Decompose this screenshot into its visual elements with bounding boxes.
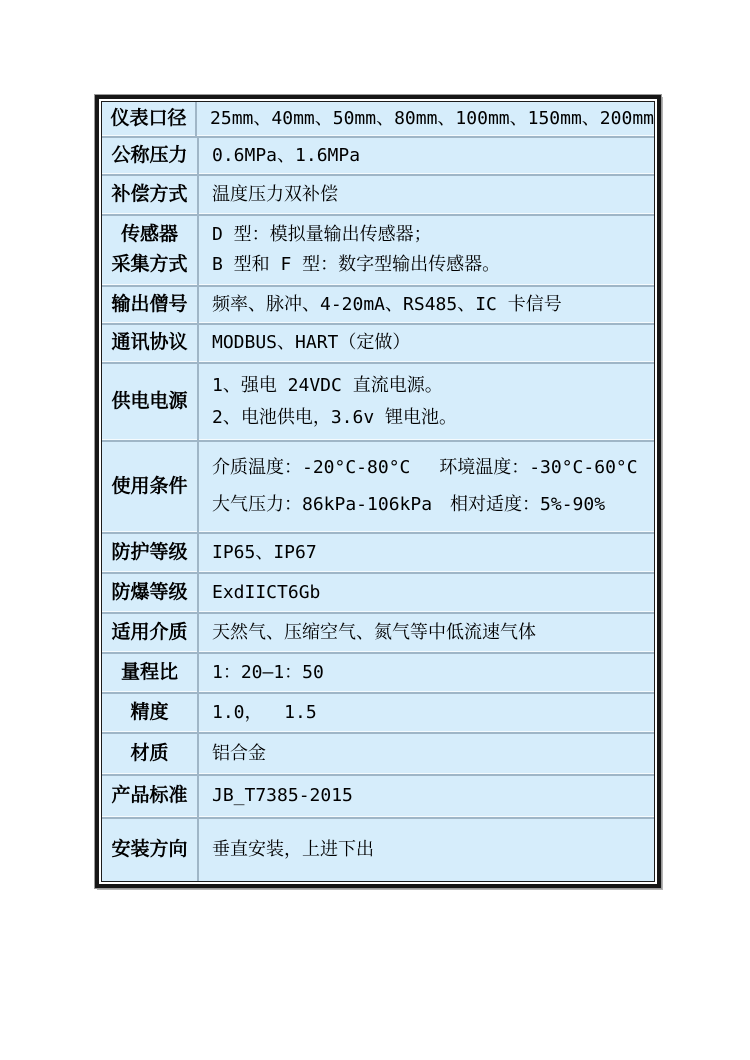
row-label: 使用条件	[111, 477, 187, 498]
row-value-cell: 铝合金	[199, 734, 654, 774]
row-label: 通讯协议	[111, 333, 187, 354]
spec-row: 供电电源1、强电 24VDC 直流电源。2、电池供电，3.6v 锂电池。	[102, 364, 654, 442]
row-value: 1：20—1：50	[212, 663, 654, 684]
row-value-cell: MODBUS、HART（定做）	[199, 325, 654, 362]
row-value-cell: 1：20—1：50	[199, 654, 654, 692]
row-label-cell: 公称压力	[102, 138, 199, 174]
row-value-cell: 1.0， 1.5	[199, 694, 654, 732]
row-label: 传感器	[121, 225, 178, 246]
row-label: 适用介质	[111, 623, 187, 644]
row-label: 公称压力	[111, 146, 187, 167]
row-value: ExdIICT6Gb	[212, 583, 654, 604]
row-label-cell: 安装方向	[102, 819, 199, 881]
row-label-cell: 供电电源	[102, 364, 199, 440]
row-value-cell: 频率、脉冲、4-20mA、RS485、IC 卡信号	[199, 287, 654, 323]
spec-row: 补偿方式温度压力双补偿	[102, 176, 654, 216]
row-value-cell: 0.6MPa、1.6MPa	[199, 138, 654, 174]
row-label-cell: 产品标准	[102, 776, 199, 817]
row-label-cell: 材质	[102, 734, 199, 774]
row-value: IP65、IP67	[212, 543, 654, 564]
row-value: 频率、脉冲、4-20mA、RS485、IC 卡信号	[212, 295, 654, 316]
spec-table: 仪表口径25mm、40mm、50mm、80mm、100mm、150mm、200m…	[101, 101, 655, 882]
row-value: 2、电池供电，3.6v 锂电池。	[212, 408, 654, 429]
row-value: 大气压力：86kPa-106kPa 相对适度：5%-90%	[212, 495, 654, 516]
spec-row: 材质铝合金	[102, 734, 654, 776]
row-label-cell: 防护等级	[102, 534, 199, 572]
row-label-cell: 仪表口径	[102, 102, 197, 136]
row-value-cell: 垂直安装，上进下出	[199, 819, 654, 881]
spec-row: 量程比1：20—1：50	[102, 654, 654, 694]
row-label: 产品标准	[111, 786, 187, 807]
row-label: 供电电源	[111, 392, 187, 413]
row-label: 安装方向	[111, 840, 187, 861]
row-label-cell: 量程比	[102, 654, 199, 692]
row-value-cell: 1、强电 24VDC 直流电源。2、电池供电，3.6v 锂电池。	[199, 364, 654, 440]
row-value: JB_T7385-2015	[212, 786, 654, 807]
row-label: 防护等级	[111, 543, 187, 564]
row-label: 输出僧号	[111, 295, 187, 316]
row-value: 0.6MPa、1.6MPa	[212, 146, 654, 167]
row-label: 材质	[130, 744, 168, 765]
row-label-cell: 输出僧号	[102, 287, 199, 323]
spec-row: 防爆等级ExdIICT6Gb	[102, 574, 654, 614]
spec-row: 输出僧号频率、脉冲、4-20mA、RS485、IC 卡信号	[102, 287, 654, 325]
row-label: 补偿方式	[111, 185, 187, 206]
row-value: B 型和 F 型：数字型输出传感器。	[212, 255, 654, 276]
row-value-cell: IP65、IP67	[199, 534, 654, 572]
row-value-cell: 天然气、压缩空气、氮气等中低流速气体	[199, 614, 654, 652]
row-value: 介质温度：-20°C-80°C 环境温度：-30°C-60°C	[212, 458, 654, 479]
spec-row: 产品标准JB_T7385-2015	[102, 776, 654, 819]
page: 仪表口径25mm、40mm、50mm、80mm、100mm、150mm、200m…	[0, 0, 750, 1060]
row-value: MODBUS、HART（定做）	[212, 333, 654, 354]
row-value: 天然气、压缩空气、氮气等中低流速气体	[212, 623, 654, 644]
spec-row: 使用条件介质温度：-20°C-80°C 环境温度：-30°C-60°C大气压力：…	[102, 442, 654, 534]
row-label-cell: 补偿方式	[102, 176, 199, 214]
row-value: 垂直安装，上进下出	[212, 840, 654, 861]
spec-row: 传感器采集方式D 型：模拟量输出传感器；B 型和 F 型：数字型输出传感器。	[102, 216, 654, 287]
row-label: 采集方式	[111, 255, 187, 276]
row-label-cell: 防爆等级	[102, 574, 199, 612]
spec-row: 仪表口径25mm、40mm、50mm、80mm、100mm、150mm、200m…	[102, 102, 654, 138]
row-label-cell: 通讯协议	[102, 325, 199, 362]
spec-row: 通讯协议MODBUS、HART（定做）	[102, 325, 654, 364]
spec-row: 公称压力0.6MPa、1.6MPa	[102, 138, 654, 176]
row-label-cell: 适用介质	[102, 614, 199, 652]
row-label: 精度	[130, 703, 168, 724]
row-label-cell: 传感器采集方式	[102, 216, 199, 285]
spec-row: 适用介质天然气、压缩空气、氮气等中低流速气体	[102, 614, 654, 654]
spec-row: 防护等级IP65、IP67	[102, 534, 654, 574]
row-value: 温度压力双补偿	[212, 185, 654, 206]
row-label: 防爆等级	[111, 583, 187, 604]
row-value-cell: 介质温度：-20°C-80°C 环境温度：-30°C-60°C大气压力：86kP…	[199, 442, 654, 532]
row-value: 1.0， 1.5	[212, 703, 654, 724]
row-label-cell: 使用条件	[102, 442, 199, 532]
row-value: D 型：模拟量输出传感器；	[212, 225, 654, 246]
row-value-cell: ExdIICT6Gb	[199, 574, 654, 612]
row-value-cell: 25mm、40mm、50mm、80mm、100mm、150mm、200mm	[197, 102, 654, 136]
row-label-cell: 精度	[102, 694, 199, 732]
row-value: 1、强电 24VDC 直流电源。	[212, 376, 654, 397]
spec-table-frame: 仪表口径25mm、40mm、50mm、80mm、100mm、150mm、200m…	[95, 95, 661, 888]
row-value-cell: JB_T7385-2015	[199, 776, 654, 817]
spec-row: 精度1.0， 1.5	[102, 694, 654, 734]
row-value-cell: 温度压力双补偿	[199, 176, 654, 214]
spec-table-body: 仪表口径25mm、40mm、50mm、80mm、100mm、150mm、200m…	[102, 102, 654, 881]
row-label: 仪表口径	[111, 109, 187, 130]
row-label: 量程比	[121, 663, 178, 684]
spec-row: 安装方向垂直安装，上进下出	[102, 819, 654, 881]
row-value-cell: D 型：模拟量输出传感器；B 型和 F 型：数字型输出传感器。	[199, 216, 654, 285]
row-value: 25mm、40mm、50mm、80mm、100mm、150mm、200mm	[210, 109, 654, 130]
row-value: 铝合金	[212, 744, 654, 765]
